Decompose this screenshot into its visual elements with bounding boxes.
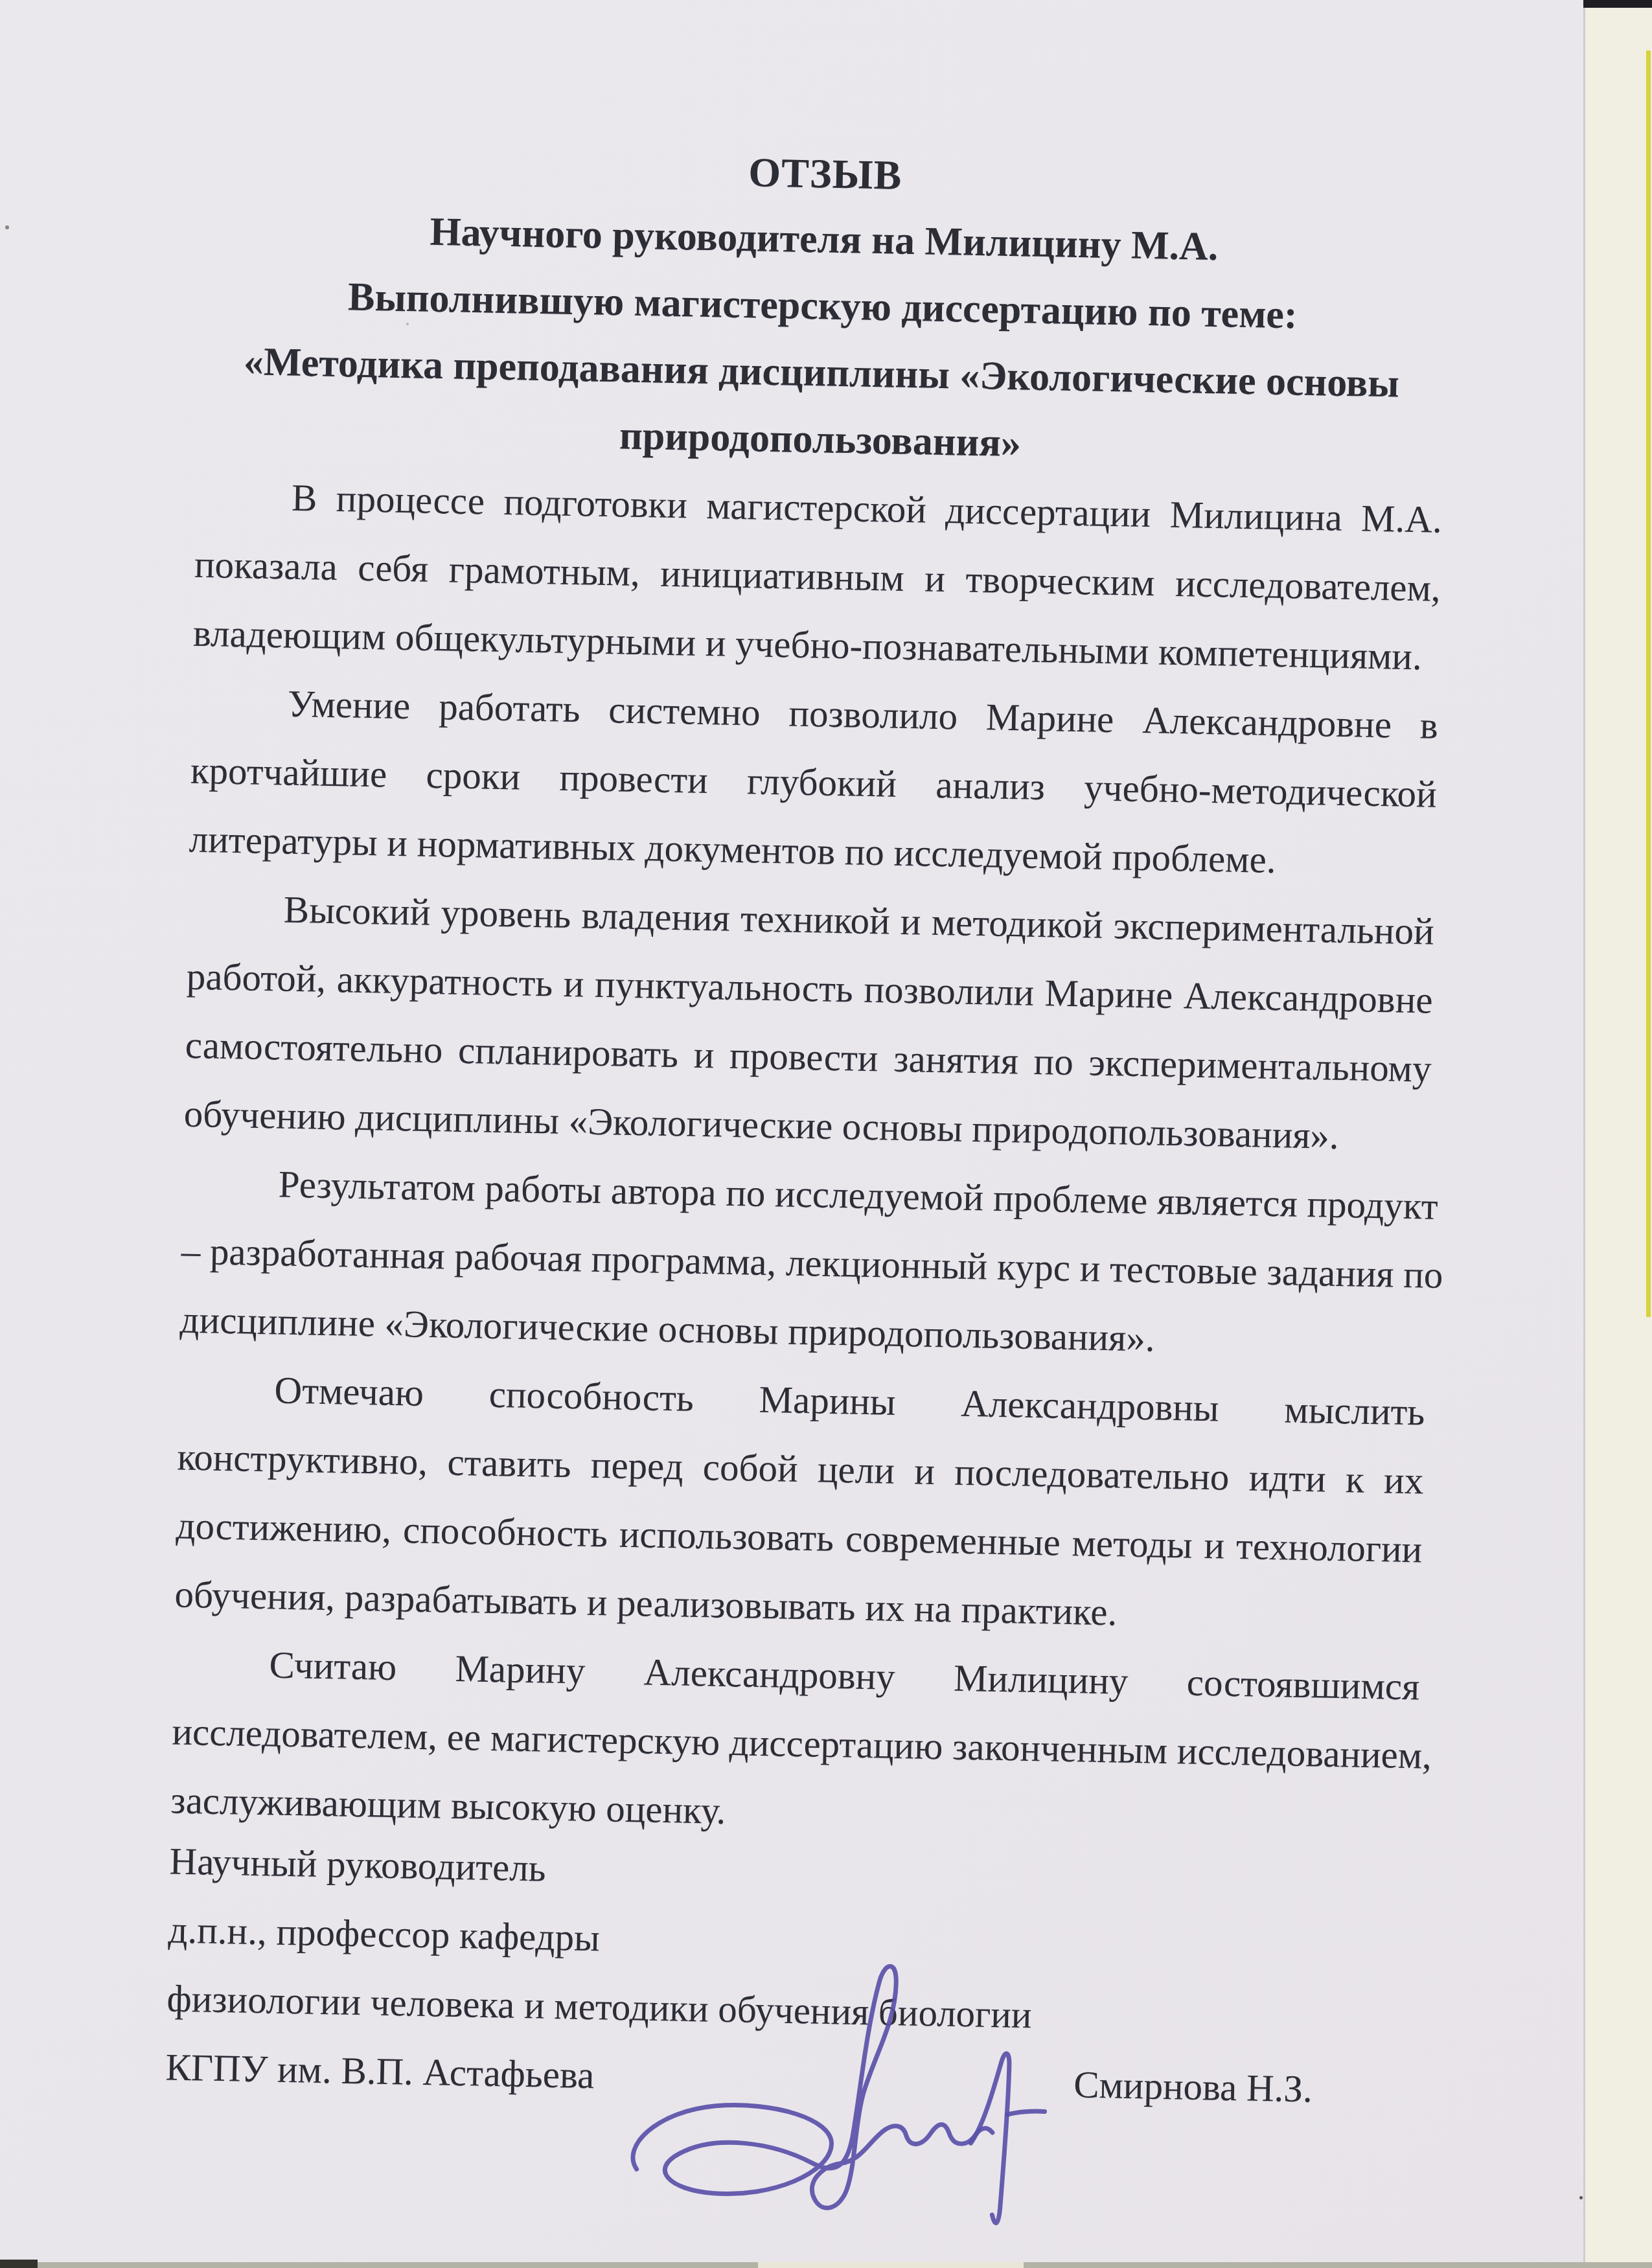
scan-edge-bottom-light-segment [758,2262,1024,2268]
paragraph: В процессе подготовки магистерской диссе… [192,461,1443,691]
scan-edge-bottom-corner [0,2260,38,2268]
paragraph: Высокий уровень владения техникой и мето… [183,873,1435,1172]
signature-dash-stroke [1007,2111,1044,2115]
dust-speck [5,225,9,229]
scanned-document-page: ОТЗЫВ Научного руководителя на Милицину … [0,0,1652,2268]
document-body: В процессе подготовки магистерской диссе… [170,461,1442,1859]
signature-tail-stroke [969,2053,1009,2223]
dust-speck [1579,2196,1583,2199]
paragraph: Результатом работы автора по исследуемой… [179,1148,1430,1378]
handwritten-signature [616,1945,1062,2232]
paragraph: Умение работать системно позволило Марин… [189,667,1439,897]
scan-edge-black-strip [1583,0,1652,8]
document-content: ОТЗЫВ Научного руководителя на Милицину … [170,130,1449,1858]
signature-main-stroke [632,1962,996,2211]
scanner-mat-right-band [1583,0,1652,2268]
affiliation-text: КГПУ им. В.П. Астафьева [165,2045,595,2096]
scan-edge-yellow-stripe [1646,51,1651,1317]
document-subtitle-block: Научного руководителя на Милицину М.А.Вы… [196,194,1448,485]
signer-name: Смирнова Н.З. [1073,2050,1313,2123]
paragraph: Отмечаю способность Марины Александровны… [174,1354,1426,1653]
paragraph: Считаю Марину Александровну Милицину сос… [170,1629,1420,1859]
